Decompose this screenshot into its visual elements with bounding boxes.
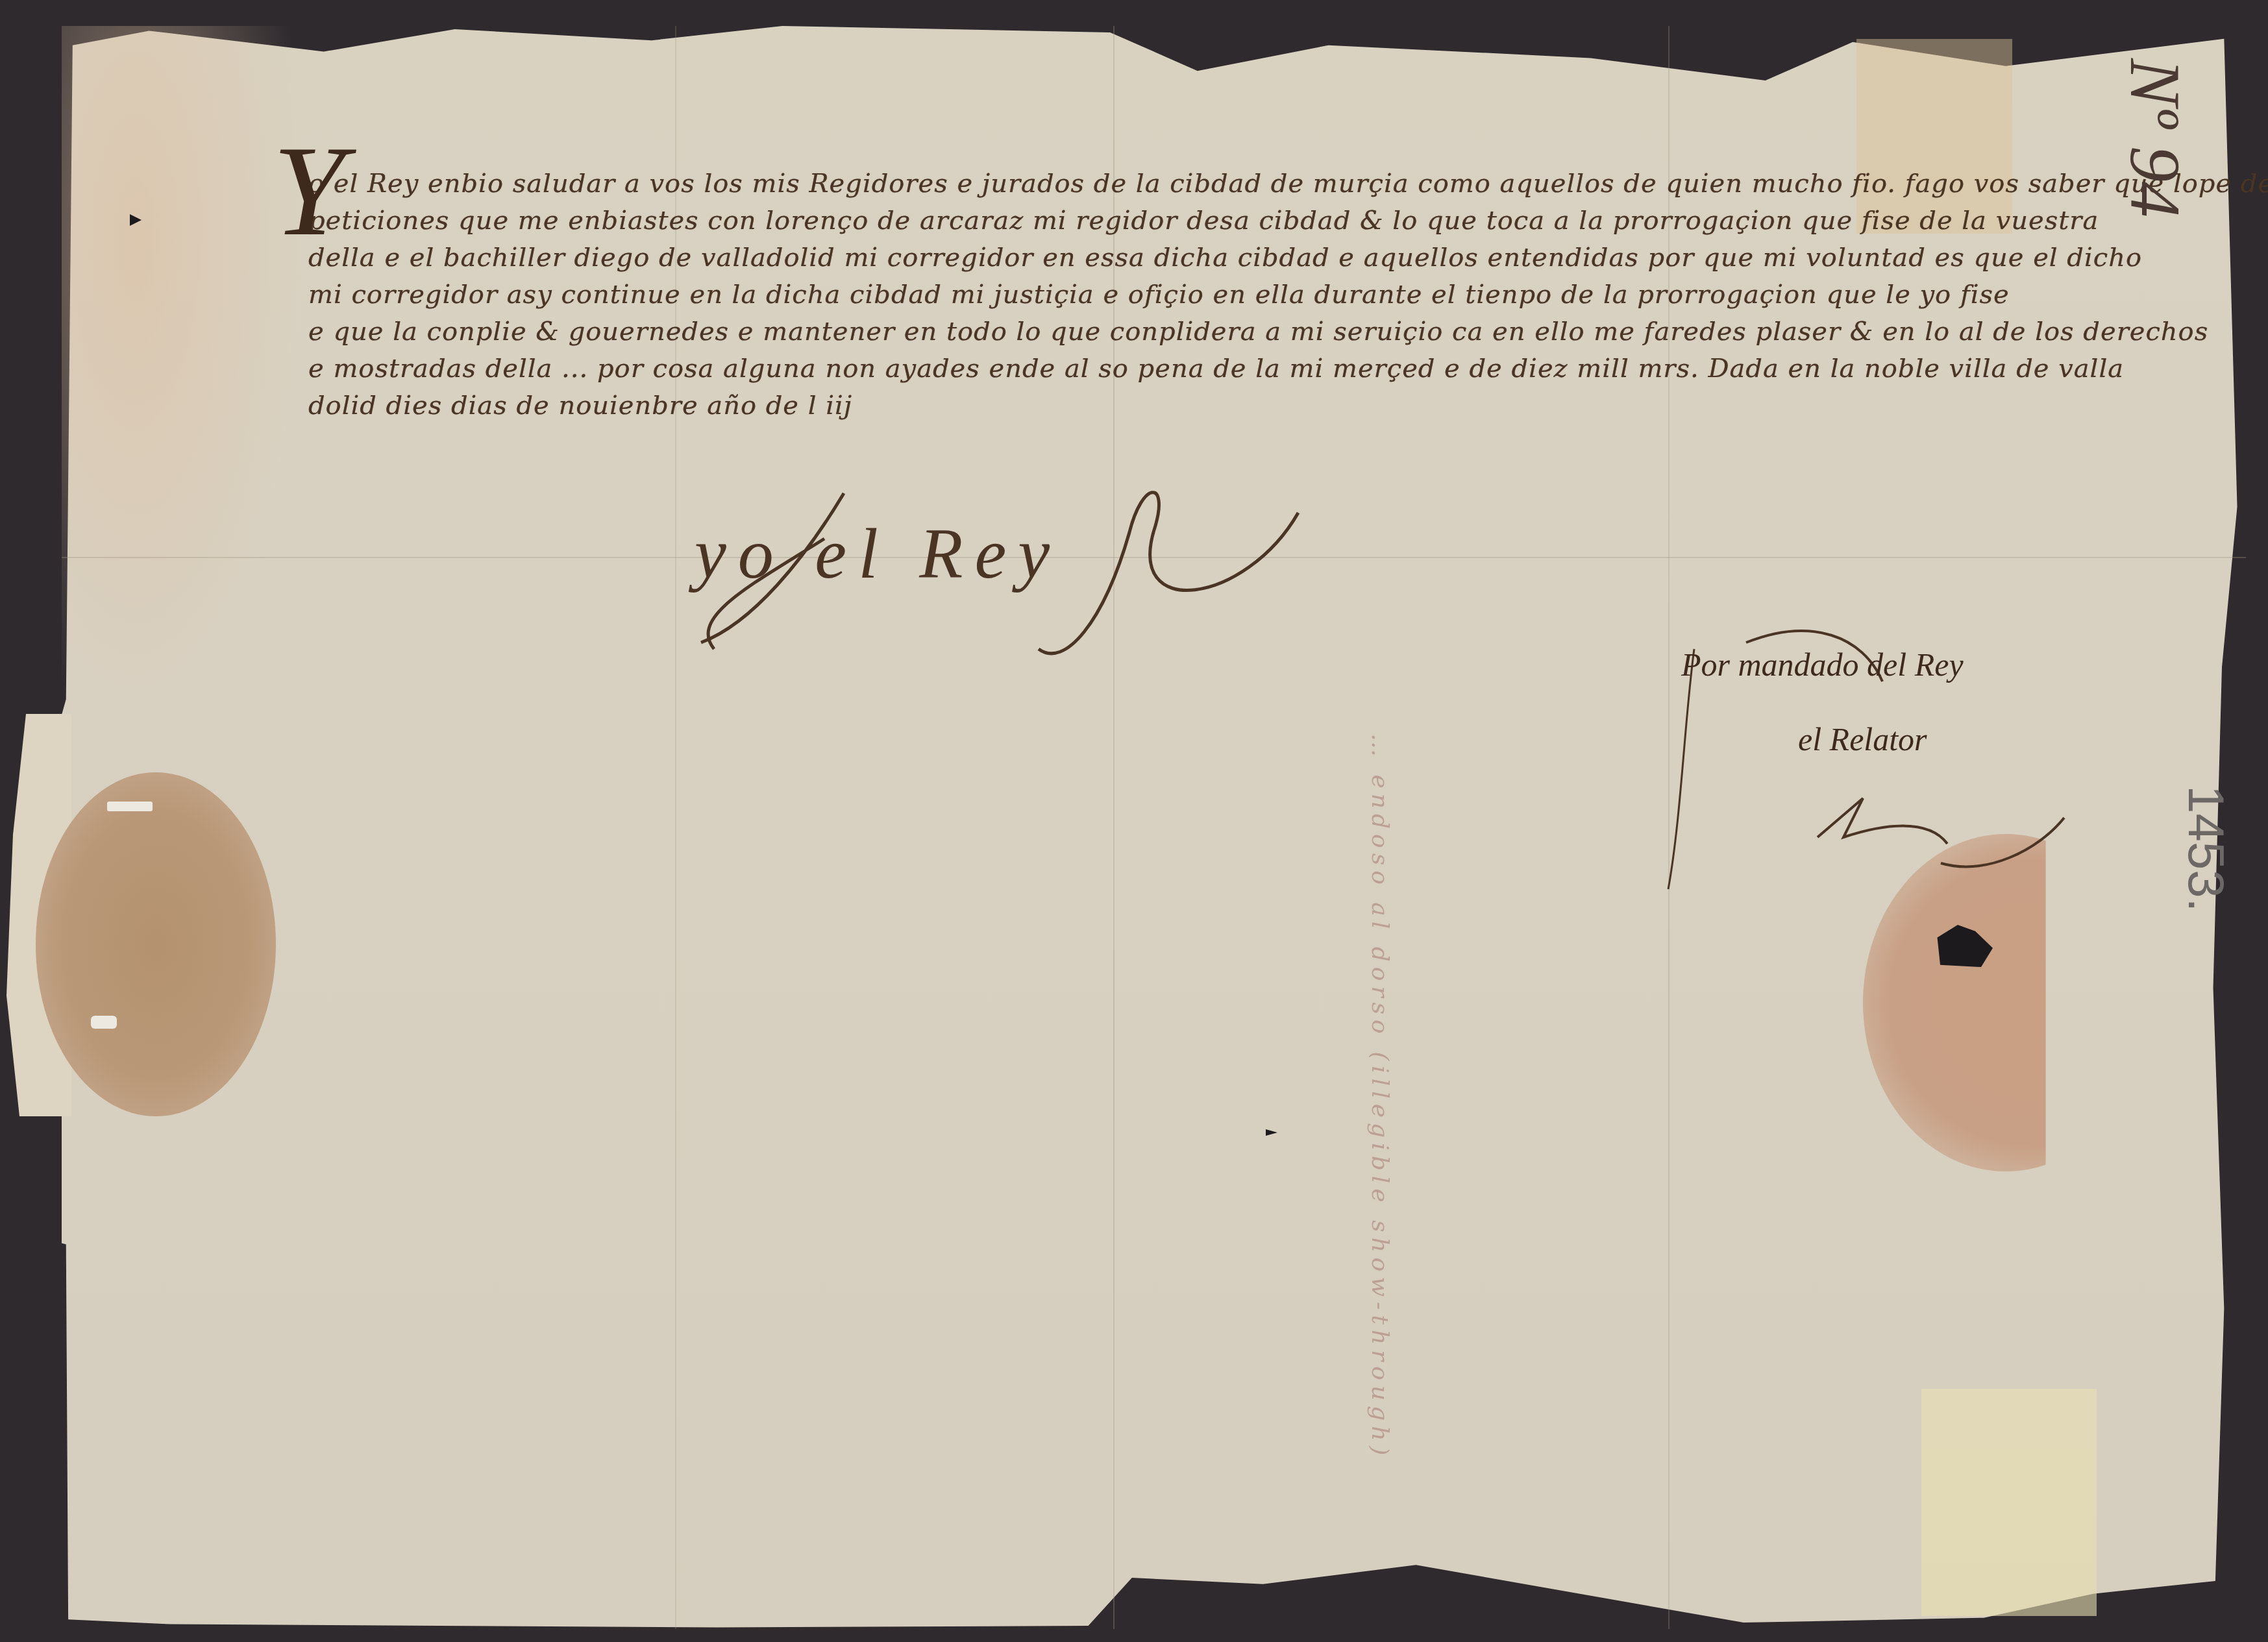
text-line-1: o el Rey enbio saludar a vos los mis Reg…: [308, 165, 2119, 202]
archive-number: Nº 94: [2119, 58, 2191, 217]
text-line-6: e mostradas della ... por cosa alguna no…: [308, 350, 2119, 387]
secretary-signature-line-2: el Relator: [1798, 720, 1927, 758]
text-line-7: dolid dies dias de nouienbre año de l ii…: [308, 387, 2119, 424]
text-line-3: della e el bachiller diego de valladolid…: [308, 239, 2119, 276]
text-line-5: e que la conplie & gouernedes e mantener…: [308, 313, 2119, 350]
letter-body: Y o el Rey enbio saludar a vos los mis R…: [308, 165, 2119, 424]
king-signature: yo el Rey: [695, 513, 1061, 595]
burn-hole: [1934, 925, 1993, 967]
text-line-4: mi corregidor asy continue en la dicha c…: [308, 276, 2119, 313]
paper-nick-center: [1266, 1129, 1277, 1136]
reverse-show-through-text: … endoso al dorso (illegible show-throug…: [1366, 733, 1393, 1460]
seal-slit-bottom: [91, 1016, 117, 1029]
secretary-signature-line-1: Por mandado del Rey: [1681, 646, 1964, 683]
paper-nick-left: [130, 214, 142, 226]
seal-stain-left: [36, 772, 276, 1116]
seal-slit-top: [107, 802, 153, 811]
pencil-year-annotation: 1453.: [2181, 785, 2232, 912]
decorated-initial: Y: [273, 127, 345, 256]
text-line-2: peticiones que me enbiastes con lorenço …: [308, 202, 2119, 239]
